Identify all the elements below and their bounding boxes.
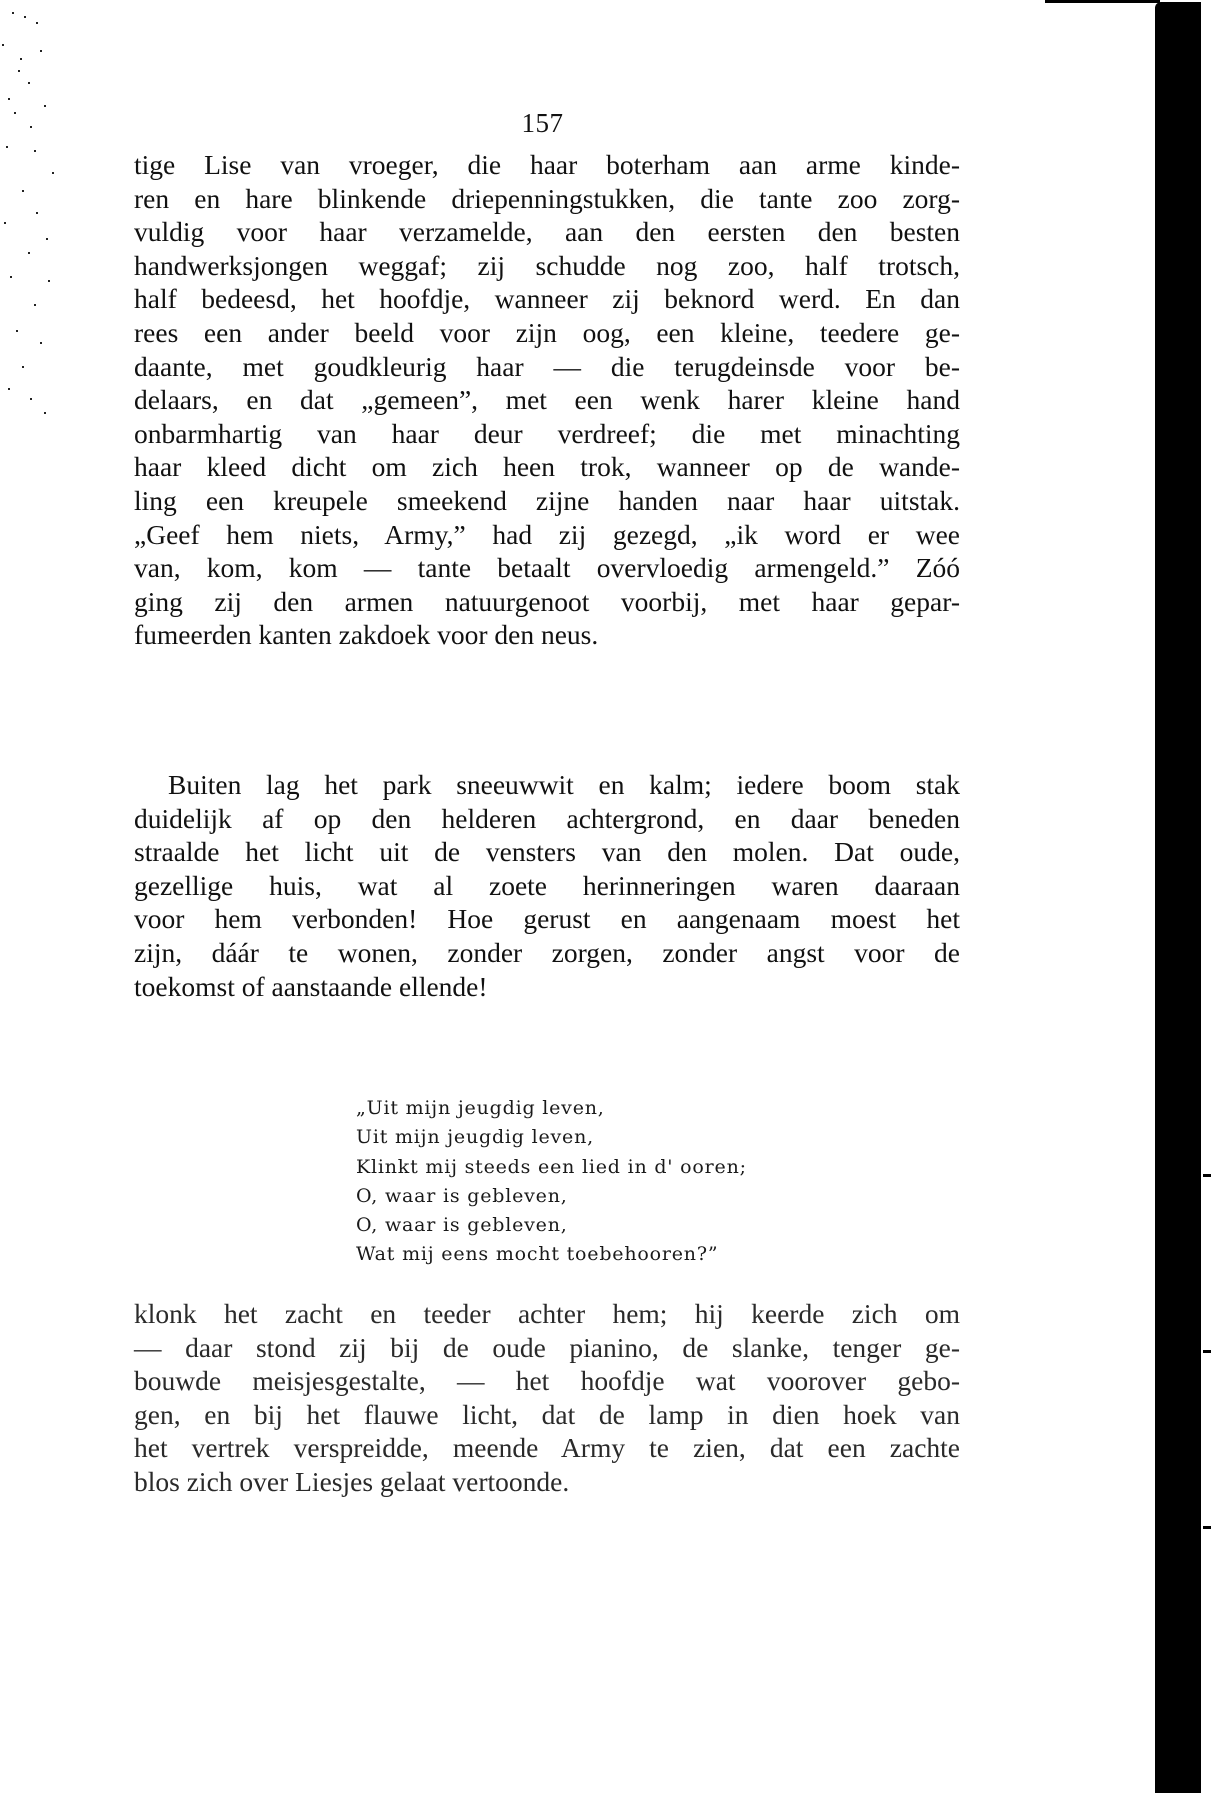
text-line: „Geef hem niets, Army,” had zij gezegd, … — [134, 518, 960, 552]
text-line: het vertrek verspreidde, meende Army te … — [134, 1431, 960, 1465]
text-line: daante, met goudkleurig haar — die terug… — [134, 350, 960, 384]
poem-line: Uit mijn jeugdig leven, — [356, 1123, 747, 1152]
text-line: ling een kreupele smeekend zijne handen … — [134, 484, 960, 518]
poem-line: Klinkt mij steeds een lied in d' ooren; — [356, 1153, 747, 1182]
margin-speckle-decoration — [0, 0, 70, 460]
text-line: zijn, dáár te wonen, zonder zorgen, zond… — [134, 936, 960, 970]
text-line: Buiten lag het park sneeuwwit en kalm; i… — [134, 768, 960, 802]
page-edge-shadow — [1155, 2, 1201, 1793]
text-line: half bedeesd, het hoofdje, wanneer zij b… — [134, 282, 960, 316]
text-line: blos zich over Liesjes gelaat vertoonde. — [134, 1465, 960, 1499]
text-line: haar kleed dicht om zich heen trok, wann… — [134, 450, 960, 484]
paragraph-2: Buiten lag het park sneeuwwit en kalm; i… — [134, 768, 960, 1003]
book-page: 157 tige Lise van vroeger, die haar bote… — [0, 0, 1217, 1793]
text-line: straalde het licht uit de vensters van d… — [134, 835, 960, 869]
text-line: gen, en bij het flauwe licht, dat de lam… — [134, 1398, 960, 1432]
text-line: tige Lise van vroeger, die haar boterham… — [134, 148, 960, 182]
text-line: onbarmhartig van haar deur verdreef; die… — [134, 417, 960, 451]
text-line: toekomst of aanstaande ellende! — [134, 970, 960, 1004]
paragraph-3: klonk het zacht en teeder achter hem; hi… — [134, 1297, 960, 1499]
text-line: van, kom, kom — tante betaalt overvloedi… — [134, 551, 960, 585]
text-line: rees een ander beeld voor zijn oog, een … — [134, 316, 960, 350]
text-line: — daar stond zij bij de oude pianino, de… — [134, 1331, 960, 1365]
text-line: voor hem verbonden! Hoe gerust en aangen… — [134, 902, 960, 936]
edge-mark — [1203, 1350, 1211, 1353]
paragraph-1: tige Lise van vroeger, die haar boterham… — [134, 148, 960, 652]
edge-mark — [1203, 1526, 1211, 1529]
poem-line: Wat mij eens mocht toebehooren?” — [356, 1240, 747, 1269]
poem-line: „Uit mijn jeugdig leven, — [356, 1094, 747, 1123]
page-edge-top-rule — [1045, 0, 1160, 3]
text-line: duidelijk af op den helderen achtergrond… — [134, 802, 960, 836]
text-line: gezellige huis, wat al zoete herinnering… — [134, 869, 960, 903]
poem-line: O, waar is gebleven, — [356, 1211, 747, 1240]
edge-mark — [1203, 1174, 1211, 1177]
text-line: handwerksjongen weggaf; zij schudde nog … — [134, 249, 960, 283]
page-number: 157 — [0, 108, 1085, 139]
text-line: vuldig voor haar verzamelde, aan den eer… — [134, 215, 960, 249]
poem-verse: „Uit mijn jeugdig leven, Uit mijn jeugdi… — [356, 1094, 747, 1270]
text-line: bouwde meisjesgestalte, — het hoofdje wa… — [134, 1364, 960, 1398]
text-line: fumeerden kanten zakdoek voor den neus. — [134, 618, 960, 652]
text-line: ging zij den armen natuurgenoot voorbij,… — [134, 585, 960, 619]
text-line: klonk het zacht en teeder achter hem; hi… — [134, 1297, 960, 1331]
poem-line: O, waar is gebleven, — [356, 1182, 747, 1211]
text-line: delaars, en dat „gemeen”, met een wenk h… — [134, 383, 960, 417]
text-line: ren en hare blinkende driepenningstukken… — [134, 182, 960, 216]
